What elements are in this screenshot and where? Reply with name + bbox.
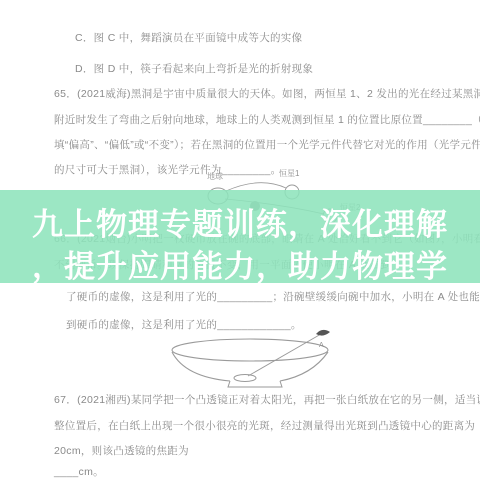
bowl-right-side: [280, 352, 328, 381]
q67-line2: 整位置后，在白纸上出现一个很小很亮的光斑，经过测量得出光斑到凸透镜中心的距离为: [54, 418, 475, 433]
q65-line3: 填“偏高”、“偏低”或“不变”）；若在黑洞的位置用一个光学元件代替它对光的作用（…: [54, 137, 480, 152]
option-d-text: D．图 D 中，筷子看起来向上弯折是光的折射现象: [75, 61, 313, 76]
earth-label: 地球: [207, 171, 223, 181]
bowl-rim: [172, 339, 328, 361]
eye-position-label: A: [319, 342, 324, 349]
bowl-left-side: [172, 352, 230, 381]
q65-line1: 65．(2021威海)黑洞是宇宙中质量很大的天体。如图，两恒星 1、2 发出的光…: [54, 86, 480, 101]
q67-line4: ____cm。: [54, 464, 104, 479]
q67-line1: 67．(2021湘西)某同学把一个凸透镜正对着太阳光，再把一张白纸放在它的另一侧…: [54, 392, 480, 407]
q66-line3: 了硬币的虚像，这是利用了光的_________；沿碗壁缓缓向碗中加水，小明在 A…: [66, 289, 480, 304]
coin-icon: [234, 375, 256, 382]
bowl-coin-diagram: A: [160, 325, 350, 390]
banner-title-line1: 九上物理专题训练，深化理解: [0, 199, 480, 244]
q67-line3: 20cm，则该凸透镜的焦距为: [54, 443, 189, 458]
q65-line2: 附近时发生了弯曲之后射向地球，地球上的人类观测到恒星 1 的位置比原位置____…: [54, 112, 480, 127]
bowl-foot: [228, 381, 282, 387]
option-c-text: C．图 C 中，舞蹈演员在平面镜中成等大的实像: [75, 30, 302, 45]
banner-title-line2: ，提升应用能力，助力物理学: [0, 241, 480, 286]
eye-icon: [316, 330, 330, 336]
worksheet-page: C．图 C 中，舞蹈演员在平面镜中成等大的实像 D．图 D 中，筷子看起来向上弯…: [0, 0, 480, 480]
promo-banner: 九上物理专题训练，深化理解 ，提升应用能力，助力物理学: [0, 190, 480, 283]
star1-label: 恒星1: [279, 168, 300, 178]
